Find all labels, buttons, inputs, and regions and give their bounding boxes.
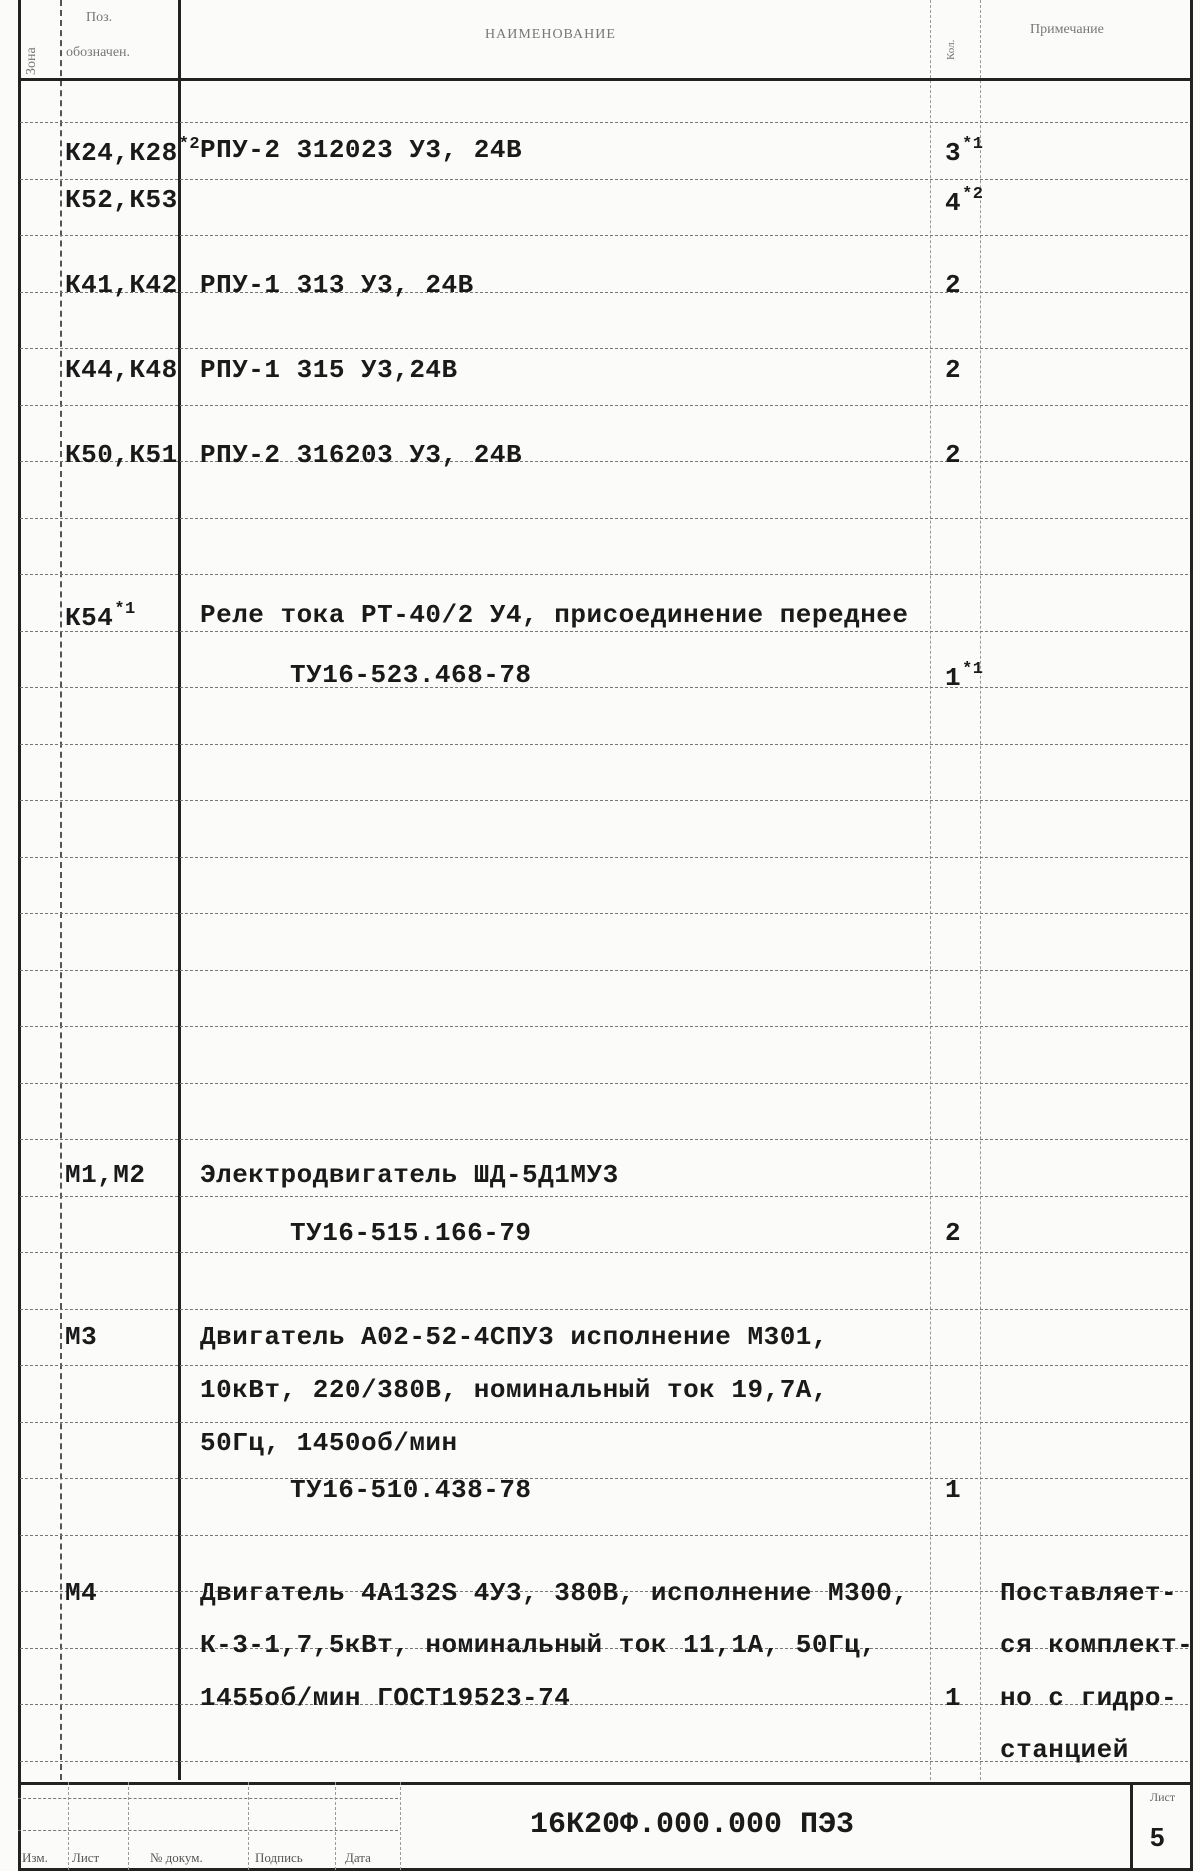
- row-note: ся комплект-: [1000, 1630, 1193, 1660]
- row-quantity: 1*1: [945, 660, 984, 693]
- row-name: Электродвигатель ШД-5Д1МУ3: [200, 1160, 619, 1190]
- row-quantity: 2: [945, 355, 961, 385]
- footer-top-line: [18, 1782, 1190, 1785]
- row-quantity: 2: [945, 1218, 961, 1248]
- row-line: [20, 1535, 1188, 1536]
- row-quantity-footnote: *1: [962, 135, 983, 154]
- name-column-divider: [930, 0, 931, 1780]
- row-line: [20, 913, 1188, 914]
- header-zone: Зона: [24, 47, 40, 75]
- row-line: [20, 405, 1188, 406]
- row-quantity: 2: [945, 440, 961, 470]
- row-line: [20, 292, 1188, 293]
- row-quantity: 1: [945, 1475, 961, 1505]
- row-position: К54*1: [65, 600, 136, 633]
- row-name: 10кВт, 220/380В, номинальный ток 19,7А,: [200, 1375, 828, 1405]
- row-quantity: 4*2: [945, 185, 984, 218]
- row-name: Реле тока РТ-40/2 У4, присоединение пере…: [200, 600, 909, 630]
- footer-stamp-line-1: [18, 1798, 398, 1799]
- row-name: К-3-1,7,5кВт, номинальный ток 11,1А, 50Г…: [200, 1630, 876, 1660]
- footer-label: Лист: [72, 1850, 99, 1866]
- row-line: [20, 1365, 1188, 1366]
- row-position: К44,К48: [65, 355, 178, 385]
- footer-divider-4: [335, 1782, 336, 1870]
- footer-divider-1: [68, 1782, 69, 1870]
- footer-sheet-divider: [1130, 1782, 1133, 1870]
- row-name: РПУ-2 316203 У3, 24В: [200, 440, 522, 470]
- row-note: станцией: [1000, 1735, 1129, 1765]
- row-position: К50,К51: [65, 440, 178, 470]
- row-position-footnote: *2: [179, 135, 200, 154]
- footer-label: Изм.: [22, 1850, 48, 1866]
- footer-divider-2: [128, 1782, 129, 1870]
- row-line: [20, 1252, 1188, 1253]
- row-line: [20, 518, 1188, 519]
- header-qty: Кол.: [945, 40, 957, 60]
- row-line: [20, 1309, 1188, 1310]
- row-line: [20, 1026, 1188, 1027]
- row-line: [20, 631, 1188, 632]
- row-quantity: 3*1: [945, 135, 984, 168]
- row-name: РПУ-1 315 У3,24В: [200, 355, 458, 385]
- header-bottom-line: [18, 78, 1190, 81]
- row-position: К41,К42: [65, 270, 178, 300]
- sheet-label: Лист: [1150, 1790, 1175, 1805]
- frame-right-line: [1190, 0, 1193, 1871]
- qty-column-divider: [980, 0, 981, 1780]
- header-pos-line1: Поз.: [86, 10, 112, 26]
- row-name: 1455об/мин ГОСТ19523-74: [200, 1683, 570, 1713]
- footer-stamp-line-2: [18, 1830, 398, 1831]
- row-line: [20, 348, 1188, 349]
- header-pos-line2: обозначен.: [66, 45, 130, 61]
- row-line: [20, 461, 1188, 462]
- footer-label: Подпись: [255, 1850, 303, 1866]
- sheet-number: 5: [1150, 1822, 1164, 1853]
- row-quantity-footnote: *1: [962, 660, 983, 679]
- row-line: [20, 1083, 1188, 1084]
- specification-sheet: Зона Поз. обозначен. НАИМЕНОВАНИЕ Кол. П…: [0, 0, 1200, 1871]
- row-position: К24,К28*2: [65, 135, 200, 168]
- row-quantity-footnote: *2: [962, 185, 983, 204]
- row-line: [20, 1422, 1188, 1423]
- row-line: [20, 970, 1188, 971]
- footer-divider-5: [400, 1782, 401, 1870]
- zone-column-divider: [60, 0, 62, 1780]
- row-name: ТУ16-510.438-78: [290, 1475, 532, 1505]
- footer-label: Дата: [345, 1850, 371, 1866]
- row-position-footnote: *1: [114, 600, 135, 619]
- row-name: РПУ-2 312023 У3, 24В: [200, 135, 522, 165]
- row-line: [20, 687, 1188, 688]
- row-line: [20, 574, 1188, 575]
- row-name: Двигатель 4А132S 4У3, 380В, исполнение М…: [200, 1578, 909, 1608]
- row-name: ТУ16-523.468-78: [290, 660, 532, 690]
- row-line: [20, 179, 1188, 180]
- row-line: [20, 1196, 1188, 1197]
- row-position: К52,К53: [65, 185, 178, 215]
- row-line: [20, 744, 1188, 745]
- row-line: [20, 1478, 1188, 1479]
- row-note: но с гидро-: [1000, 1683, 1177, 1713]
- row-note: Поставляет-: [1000, 1578, 1177, 1608]
- row-line: [20, 857, 1188, 858]
- row-quantity: 1: [945, 1683, 961, 1713]
- row-name: Двигатель А02-52-4СПУ3 исполнение М301,: [200, 1322, 828, 1352]
- row-line: [20, 235, 1188, 236]
- footer-label: № докум.: [150, 1850, 203, 1866]
- row-name: ТУ16-515.166-79: [290, 1218, 532, 1248]
- header-note: Примечание: [1030, 22, 1104, 38]
- footer-divider-3: [248, 1782, 249, 1870]
- header-name: НАИМЕНОВАНИЕ: [485, 27, 616, 43]
- row-position: М1,М2: [65, 1160, 146, 1190]
- row-line: [20, 122, 1188, 123]
- pos-column-divider: [178, 0, 181, 1780]
- row-position: М4: [65, 1578, 97, 1608]
- row-name: 50Гц, 1450об/мин: [200, 1428, 458, 1458]
- row-quantity: 2: [945, 270, 961, 300]
- row-name: РПУ-1 313 У3, 24В: [200, 270, 474, 300]
- row-position: М3: [65, 1322, 97, 1352]
- row-line: [20, 1139, 1188, 1140]
- row-line: [20, 800, 1188, 801]
- document-code: 16К20Ф.000.000 ПЭ3: [530, 1808, 854, 1842]
